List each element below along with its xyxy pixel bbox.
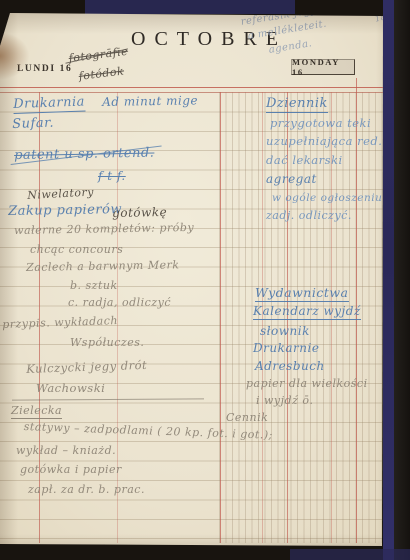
handwriting-note: fotódok (78, 64, 125, 82)
handwriting-note: patent u sp. ortend. (14, 146, 155, 163)
handwriting-note: Drukarnie (253, 341, 319, 355)
handwriting-note: gotówka i papier (20, 463, 122, 476)
handwriting-note: Współuczes. (70, 336, 144, 349)
handwriting-note: Cennik (226, 411, 268, 424)
red-header-rule-line (0, 87, 383, 88)
handwriting-note: słownik (260, 324, 310, 338)
day-label-english-box: MONDAY 16 (291, 59, 355, 75)
handwriting-note: Ad minut mige (102, 93, 198, 109)
handwriting-note: w ogóle ogłoszeniu. (272, 192, 386, 204)
book-cover-top-edge (85, 0, 295, 14)
handwriting-note: Wachowski (36, 381, 105, 395)
handwriting-note: Drukarnia (13, 94, 85, 113)
handwriting-note: Zakup papierów (8, 202, 122, 219)
book-cover-bottom-edge (290, 549, 410, 560)
handwriting-note: Sufar. (12, 116, 54, 132)
strike-line (65, 48, 128, 63)
handwriting-note: dać lekarski (266, 153, 343, 167)
diary-page-scan: OCTOBRE LUNDI 16 MONDAY 16 referásik jeg… (0, 0, 410, 560)
book-cover-right-black-edge (394, 0, 410, 560)
handwriting-note: papier dla wielkości (246, 377, 368, 390)
handwriting-note: zadj. odliczyć. (266, 209, 352, 222)
handwriting-note: agregat (266, 172, 317, 186)
handwriting-note: zapł. za dr. b. prac. (28, 483, 145, 496)
handwriting-note: Adresbuch (255, 359, 325, 373)
handwriting-note: gotówkę (112, 205, 167, 220)
handwriting-note: Wydawnictwa (255, 285, 349, 302)
paper-page: OCTOBRE LUNDI 16 MONDAY 16 referásik jeg… (0, 0, 410, 560)
day-label-french: LUNDI 16 (17, 64, 72, 74)
handwriting-note: b. sztuk (70, 279, 118, 292)
handwriting-note: i wyjdź ō. (256, 394, 314, 407)
handwriting-note: przygotowa teki (270, 116, 371, 130)
handwriting-note: fotogrāfie (68, 45, 129, 65)
handwriting-note: wykład – kniażd. (16, 444, 116, 457)
handwriting-note: c. radja, odliczyć (68, 296, 171, 309)
handwriting-note: chcąc concours (30, 243, 123, 256)
handwriting-note: f t f. (98, 169, 126, 183)
red-column-rule-line (220, 92, 221, 543)
handwriting-note: Zielecka (11, 404, 62, 419)
handwriting-note: Zaclech a barwnym Merk (26, 258, 180, 274)
handwriting-note: Kalendarz wyjdź (253, 304, 361, 320)
handwriting-note: Dziennik (266, 96, 328, 113)
handwriting-note: uzupełniająca red. (266, 134, 382, 148)
